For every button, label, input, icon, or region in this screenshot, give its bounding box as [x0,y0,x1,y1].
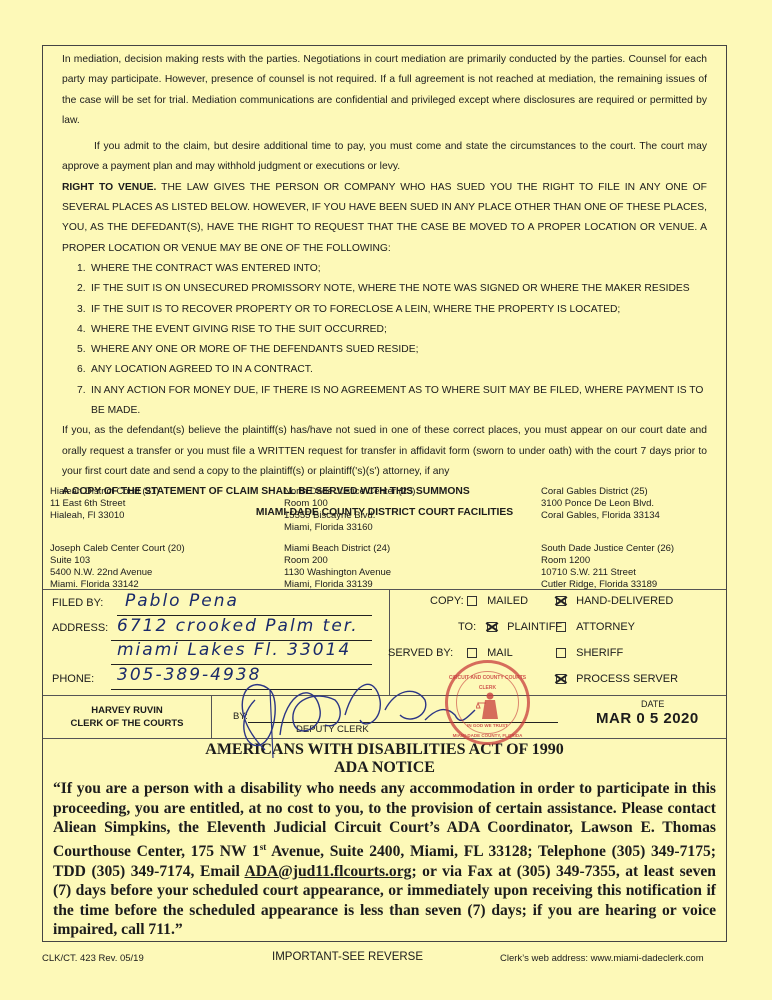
facility-line: Hialeah, Fl 33010 [50,510,159,522]
option-sheriff[interactable]: SHERIFF [556,647,623,659]
venue-list-item: 1.WHERE THE CONTRACT WAS ENTERED INTO; [77,259,707,279]
address-label: ADDRESS: [52,622,108,634]
facility-line: Suite 103 [50,555,185,567]
facility-line: 10710 S.W. 211 Street [541,567,674,579]
option-attorney[interactable]: ATTORNEY [556,621,635,633]
clerk-web-address: Clerk’s web address: www.miami-dadeclerk… [500,953,704,964]
filed-by-label: FILED BY: [52,597,103,609]
hand-delivered-checkbox[interactable] [556,596,566,606]
phone-label: PHONE: [52,673,94,685]
address-value-2[interactable]: miami Lakes Fl. 33014 [117,640,351,660]
transfer-paragraph: If you, as the defendant(s) believe the … [43,421,726,482]
facility-line: 1130 Washington Avenue [284,567,391,579]
admit-paragraph: If you admit to the claim, but desire ad… [43,137,726,178]
plaintiff-checkbox[interactable] [487,622,497,632]
clerk-title: CLERK OF THE COURTS [43,717,211,730]
important-see-reverse: IMPORTANT-SEE REVERSE [272,951,423,963]
facility-line: 3100 Ponce De Leon Blvd. [541,498,660,510]
option-mail[interactable]: MAIL [467,647,513,659]
facility-line: Miami Beach District (24) [284,543,391,555]
address-value-1[interactable]: 6712 crooked Palm ter. [117,616,359,636]
facility-line: Miami, Florida 33160 [284,522,415,534]
venue-list-item: 6.ANY LOCATION AGREED TO IN A CONTRACT. [77,360,707,380]
justice-figure-icon [476,691,502,721]
form-id: CLK/CT. 423 Rev. 05/19 [42,953,144,964]
venue-text: THE LAW GIVES THE PERSON OR COMPANY WHO … [62,182,707,254]
facility-line: South Dade Justice Center (26) [541,543,674,555]
facility-hialeah: Hialeah District Court (21)11 East 6th S… [50,486,159,522]
facility-line: Room 200 [284,555,391,567]
venue-list: 1.WHERE THE CONTRACT WAS ENTERED INTO;2.… [43,259,726,421]
venue-list-item: 3.IF THE SUIT IS TO RECOVER PROPERTY OR … [77,300,707,320]
date-stamp: MAR 0 5 2020 [596,710,699,727]
attorney-checkbox[interactable] [556,622,566,632]
divider [211,695,212,738]
facility-south-dade: South Dade Justice Center (26)Room 12001… [541,543,674,591]
facility-line: Room 100 [284,498,415,510]
facility-line: 5400 N.W. 22nd Avenue [50,567,185,579]
mail-checkbox[interactable] [467,648,477,658]
facility-line: North Dade Justice Center (23) [284,486,415,498]
facility-line: 15555 Biscayne Blvd. [284,510,415,522]
served-by-label: SERVED BY: [388,647,453,659]
court-facilities: Hialeah District Court (21)11 East 6th S… [43,486,726,588]
option-plaintiff[interactable]: PLAINTIFF [467,621,562,633]
filed-by-value[interactable]: Pablo Pena [125,591,239,611]
option-process-server[interactable]: PROCESS SERVER [556,673,678,685]
venue-list-item: 5.WHERE ANY ONE OR MORE OF THE DEFENDANT… [77,340,707,360]
venue-heading: RIGHT TO VENUE. [62,182,156,193]
facility-joseph-caleb: Joseph Caleb Center Court (20)Suite 1035… [50,543,185,591]
summons-form: In mediation, decision making rests with… [42,45,727,942]
option-mailed[interactable]: MAILED [467,595,528,607]
instructions-section: In mediation, decision making rests with… [43,50,726,523]
facility-line: Joseph Caleb Center Court (20) [50,543,185,555]
venue-list-item: 2.IF THE SUIT IS ON UNSECURED PROMISSORY… [77,279,707,299]
facility-line: Coral Gables, Florida 33134 [541,510,660,522]
clerk-block: HARVEY RUVIN CLERK OF THE COURTS [43,696,211,738]
ada-subtitle: ADA NOTICE [43,759,726,776]
clerk-name: HARVEY RUVIN [43,704,211,717]
mailed-checkbox[interactable] [467,596,477,606]
ada-notice-text: “If you are a person with a disability w… [53,779,716,940]
divider [43,589,726,590]
court-seal-stamp: CIRCUIT AND COUNTY COURTS CLERK IN GOD W… [445,660,530,745]
mediation-paragraph: In mediation, decision making rests with… [43,50,726,131]
venue-list-item: 7.IN ANY ACTION FOR MONEY DUE, IF THERE … [77,381,707,422]
process-server-checkbox[interactable] [556,674,566,684]
facility-line: Hialeah District Court (21) [50,486,159,498]
ada-email-link[interactable]: ADA@jud11.flcourts.org [244,863,411,880]
sheriff-checkbox[interactable] [556,648,566,658]
facility-line: Coral Gables District (25) [541,486,660,498]
facility-line: Room 1200 [541,555,674,567]
venue-paragraph: RIGHT TO VENUE. THE LAW GIVES THE PERSON… [43,178,726,259]
facility-coral-gables: Coral Gables District (25)3100 Ponce De … [541,486,660,522]
option-hand-delivered[interactable]: HAND-DELIVERED [556,595,673,607]
copy-label: COPY: [430,595,464,607]
facility-north-dade: North Dade Justice Center (23)Room 10015… [284,486,415,534]
facility-miami-beach: Miami Beach District (24)Room 2001130 Wa… [284,543,391,591]
facility-line: 11 East 6th Street [50,498,159,510]
date-label: DATE [641,699,664,709]
venue-list-item: 4.WHERE THE EVENT GIVING RISE TO THE SUI… [77,320,707,340]
